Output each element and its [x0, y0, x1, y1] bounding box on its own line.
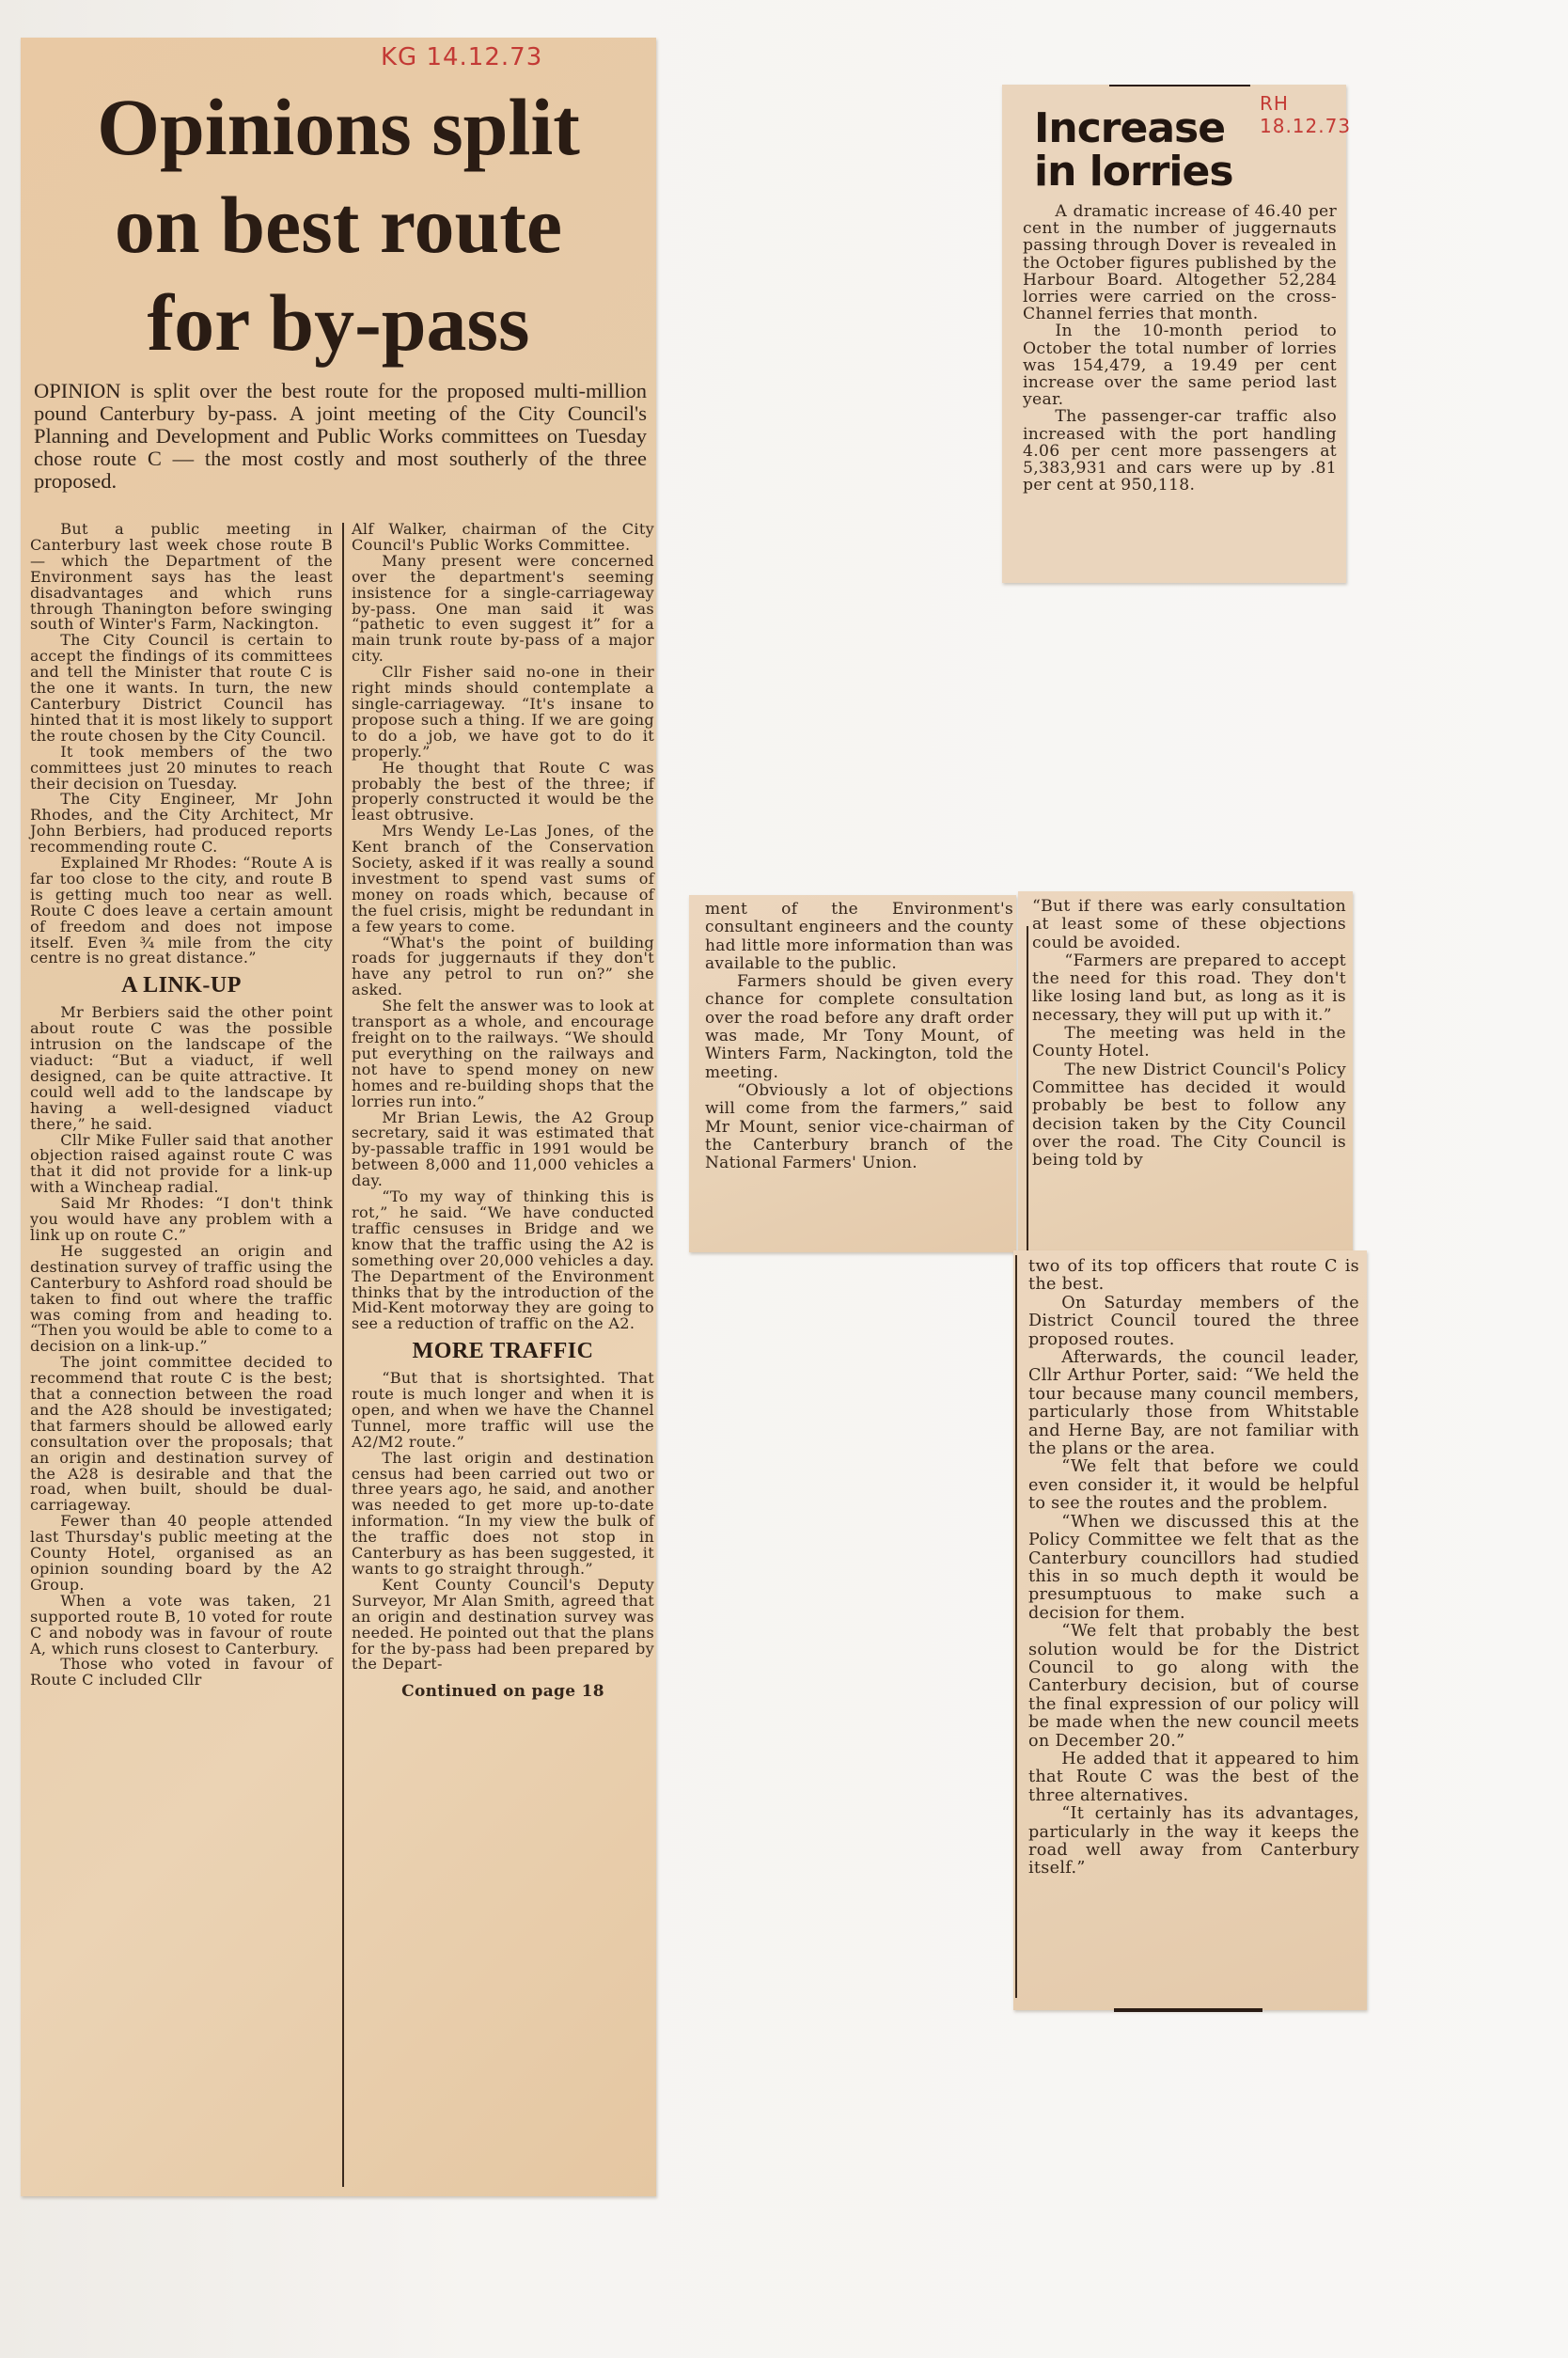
handwritten-date-note-2: RH 18.12.73	[1260, 92, 1351, 137]
paragraph: In the 10-month period to October the to…	[1023, 322, 1337, 408]
paragraph: “Obviously a lot of objections will come…	[705, 1082, 1013, 1172]
paragraph: “We felt that probably the best solution…	[1028, 1623, 1359, 1751]
headline-line: Increase	[1034, 107, 1233, 150]
article-lorries-body: A dramatic increase of 46.40 per cent in…	[1023, 203, 1337, 494]
paragraph: Alf Walker, chairman of the City Council…	[352, 522, 654, 554]
paragraph: “But that is shortsighted. That route is…	[352, 1371, 654, 1451]
paragraph: When a vote was taken, 21 supported rout…	[30, 1594, 333, 1658]
paragraph: two of its top officers that route C is …	[1028, 1258, 1359, 1295]
paragraph: Mr Berbiers said the other point about r…	[30, 1005, 333, 1132]
paragraph: Kent County Council's Deputy Surveyor, M…	[352, 1578, 654, 1673]
paragraph: ment of the Environment's consultant eng…	[705, 901, 1013, 973]
paragraph: Farmers should be given every chance for…	[705, 973, 1013, 1082]
paragraph: Explained Mr Rhodes: “Route A is far too…	[30, 856, 333, 967]
article-intro: OPINION is split over the best route for…	[34, 380, 647, 493]
paragraph: Fewer than 40 people attended last Thurs…	[30, 1514, 333, 1594]
headline-lorries: Increase in lorries	[1034, 107, 1233, 194]
paragraph: Afterwards, the council leader, Cllr Art…	[1028, 1349, 1359, 1458]
paragraph: Mr Brian Lewis, the A2 Group secretary, …	[352, 1110, 654, 1190]
paragraph: Said Mr Rhodes: “I don't think you would…	[30, 1196, 333, 1244]
headline-line: on best route	[38, 184, 639, 282]
continuation-column-c: two of its top officers that route C is …	[1028, 1258, 1359, 1879]
paragraph: “But if there was early consultation at …	[1032, 898, 1346, 952]
column-divider	[1015, 1255, 1017, 1998]
paragraph: Those who voted in favour of Route C inc…	[30, 1657, 333, 1689]
continuation-column-b: “But if there was early consultation at …	[1032, 898, 1346, 1170]
paragraph: “When we discussed this at the Policy Co…	[1028, 1514, 1359, 1623]
column-divider	[1027, 926, 1028, 1250]
paragraph: He added that it appeared to him that Ro…	[1028, 1751, 1359, 1805]
paragraph: “It certainly has its advantages, partic…	[1028, 1805, 1359, 1879]
paragraph: “What's the point of building roads for …	[352, 935, 654, 999]
handwritten-date-note: KG 14.12.73	[381, 43, 542, 71]
paragraph: It took members of the two committees ju…	[30, 745, 333, 793]
paragraph: Cllr Mike Fuller said that another objec…	[30, 1133, 333, 1197]
headline-bypass: Opinions split on best route for by-pass	[38, 86, 639, 363]
continuation-column-a: ment of the Environment's consultant eng…	[705, 901, 1013, 1172]
headline-line: in lorries	[1034, 150, 1233, 194]
note-date: 18.12.73	[1260, 115, 1351, 137]
headline-line: for by-pass	[38, 282, 639, 363]
paragraph: He suggested an origin and destination s…	[30, 1244, 333, 1355]
note-initials: RH	[1260, 92, 1351, 115]
article-column-1: But a public meeting in Canterbury last …	[30, 522, 333, 1689]
paragraph: The meeting was held in the County Hotel…	[1032, 1025, 1346, 1061]
paragraph: The last origin and destination census h…	[352, 1451, 654, 1578]
paragraph: She felt the answer was to look at trans…	[352, 998, 654, 1109]
paragraph: “Farmers are prepared to accept the need…	[1032, 952, 1346, 1025]
paragraph: On Saturday members of the District Coun…	[1028, 1295, 1359, 1349]
paragraph: The passenger-car traffic also increased…	[1023, 408, 1337, 494]
paragraph: The joint committee decided to recommend…	[30, 1355, 333, 1514]
paragraph: But a public meeting in Canterbury last …	[30, 522, 333, 633]
paragraph: He thought that Route C was probably the…	[352, 761, 654, 825]
paragraph: “To my way of thinking this is rot,” he …	[352, 1189, 654, 1332]
paragraph: A dramatic increase of 46.40 per cent in…	[1023, 203, 1337, 322]
paragraph: The new District Council's Policy Commit…	[1032, 1061, 1346, 1171]
paragraph: Mrs Wendy Le-Las Jones, of the Kent bran…	[352, 824, 654, 935]
subheading-link-up: A LINK-UP	[30, 978, 333, 994]
paragraph: The City Council is certain to accept th…	[30, 633, 333, 744]
paragraph: Many present were concerned over the dep…	[352, 554, 654, 665]
top-rule	[1109, 85, 1250, 86]
scrapbook-page: KG 14.12.73 Opinions split on best route…	[0, 0, 1568, 2358]
subheading-more-traffic: MORE TRAFFIC	[352, 1344, 654, 1360]
end-rule	[1114, 2008, 1262, 2012]
headline-line: Opinions split	[38, 86, 639, 184]
continued-note: Continued on page 18	[352, 1684, 654, 1700]
article-column-2: Alf Walker, chairman of the City Council…	[352, 522, 654, 1700]
paragraph: “We felt that before we could even consi…	[1028, 1458, 1359, 1513]
paragraph: The City Engineer, Mr John Rhodes, and t…	[30, 792, 333, 856]
paragraph: Cllr Fisher said no-one in their right m…	[352, 665, 654, 760]
column-divider	[342, 523, 344, 2187]
